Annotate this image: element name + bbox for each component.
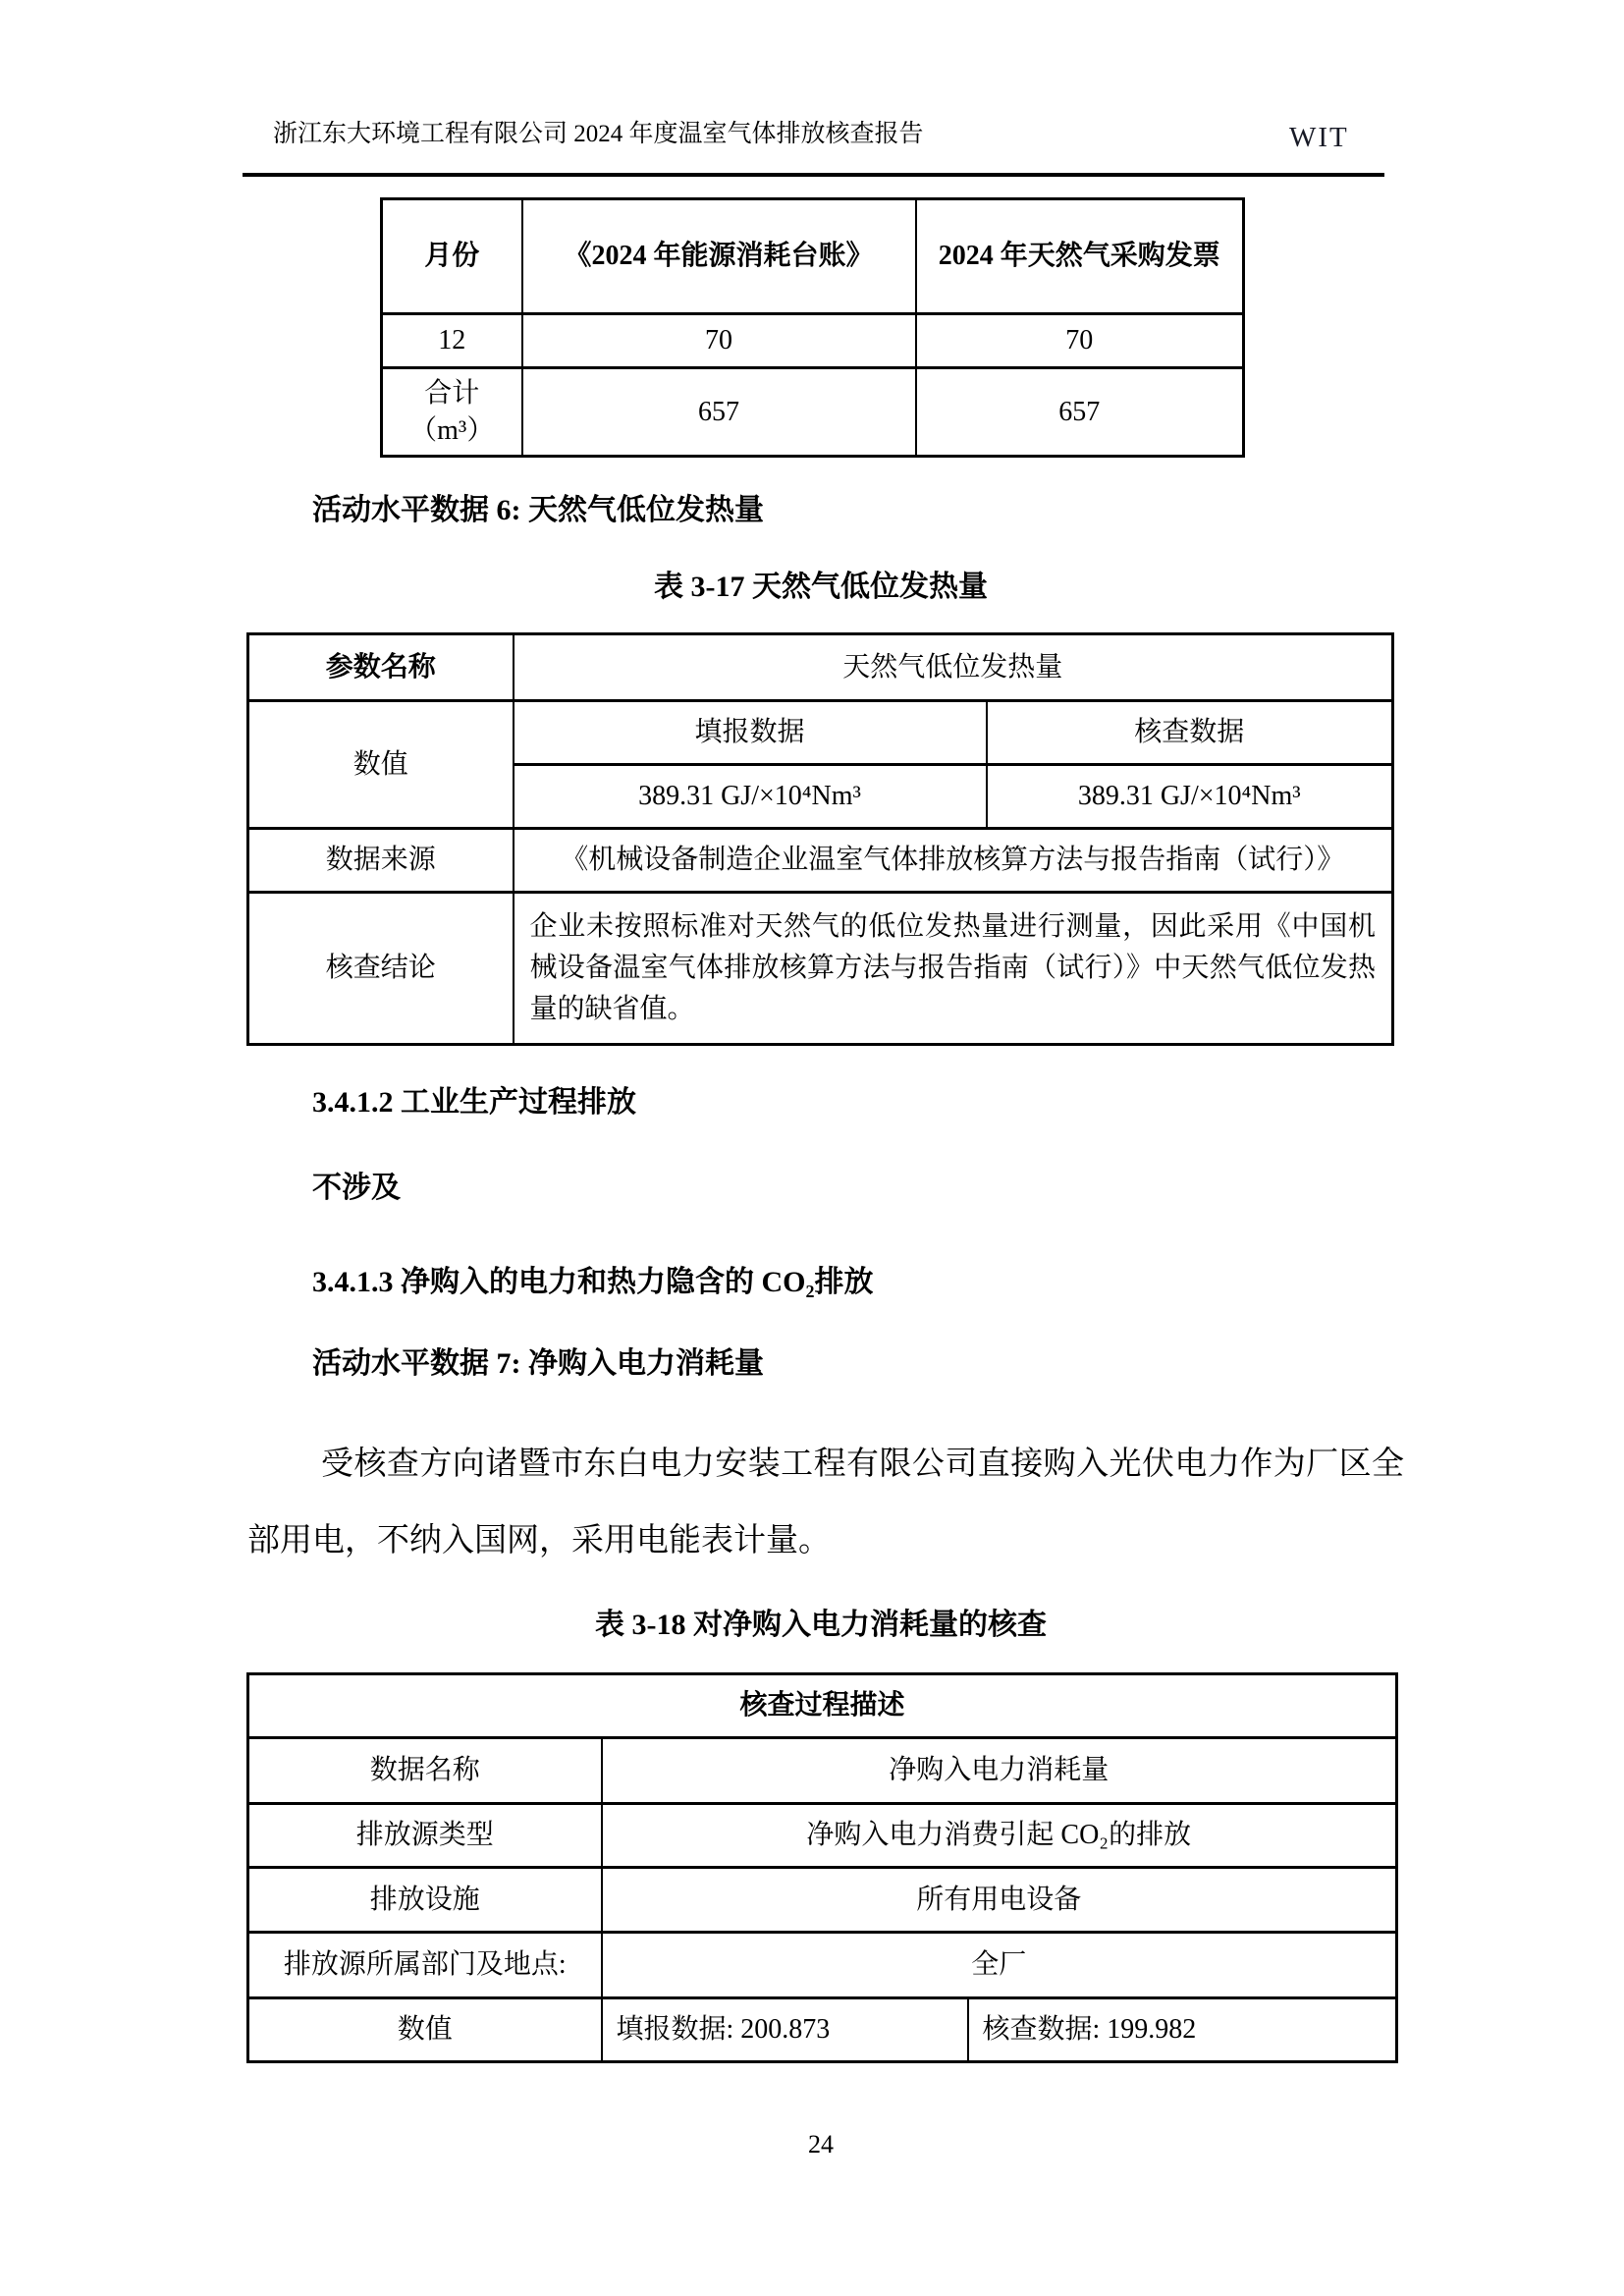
param-name-value: 天然气低位发热量	[514, 634, 1393, 701]
table-3-17-title: 表 3-17 天然气低位发热量	[246, 569, 1395, 606]
data-name-value: 净购入电力消耗量	[602, 1738, 1397, 1804]
reported-data-label: 填报数据	[514, 701, 987, 765]
ncv-row-value-headers: 数值 填报数据 核查数据	[248, 701, 1393, 765]
emission-facility-value: 所有用电设备	[602, 1868, 1397, 1933]
table-3-18-title: 表 3-18 对净购入电力消耗量的核查	[246, 1607, 1395, 1644]
data-source-label: 数据来源	[248, 829, 514, 893]
ncv-row-conclusion: 核查结论 企业未按照标准对天然气的低位发热量进行测量，因此采用《中国机械设备温室…	[248, 893, 1393, 1045]
ncv-row-param: 参数名称 天然气低位发热量	[248, 634, 1393, 701]
header-rule	[243, 173, 1384, 177]
row-emission-facility: 排放设施 所有用电设备	[248, 1868, 1397, 1933]
section-3-4-1-2-heading: 3.4.1.2 工业生产过程排放	[312, 1084, 636, 1121]
row-numeric-values: 数值 填报数据: 200.873 核查数据: 199.982	[248, 1998, 1397, 2062]
col-header-gas-invoice: 2024 年天然气采购发票	[916, 199, 1244, 314]
reported-electricity-value: 填报数据: 200.873	[602, 1998, 968, 2062]
row-department-location: 排放源所属部门及地点: 全厂	[248, 1933, 1397, 1998]
data-name-label: 数据名称	[248, 1738, 602, 1804]
cell-month-12: 12	[382, 314, 522, 368]
cell-invoice-12: 70	[916, 314, 1244, 368]
page-header-title: 浙江东大环境工程有限公司 2024 年度温室气体排放核查报告	[273, 120, 924, 149]
cell-total-label: 合计 （m³）	[382, 368, 522, 457]
activity-data-7-heading: 活动水平数据 7: 净购入电力消耗量	[312, 1345, 764, 1383]
header-logo-text: WIT	[1289, 122, 1349, 153]
numeric-value-label: 数值	[248, 1998, 602, 2062]
electricity-verification-table: 核查过程描述 数据名称 净购入电力消耗量 排放源类型 净购入电力消费引起 CO₂…	[246, 1672, 1398, 2063]
reported-data-value: 389.31 GJ/×10⁴Nm³	[514, 765, 987, 829]
page-number: 24	[246, 2129, 1395, 2160]
col-header-month: 月份	[382, 199, 522, 314]
param-name-label: 参数名称	[248, 634, 514, 701]
document-page: 浙江东大环境工程有限公司 2024 年度温室气体排放核查报告 WIT 月份 《2…	[0, 0, 1624, 2296]
department-location-label: 排放源所属部门及地点:	[248, 1933, 602, 1998]
row-data-name: 数据名称 净购入电力消耗量	[248, 1738, 1397, 1804]
total-label-line2: （m³）	[393, 412, 512, 450]
col-header-energy-ledger: 《2024 年能源消耗台账》	[522, 199, 916, 314]
section-3-4-1-3-heading: 3.4.1.3 净购入的电力和热力隐含的 CO₂排放	[312, 1264, 874, 1301]
cell-total-ledger: 657	[522, 368, 916, 457]
emission-source-type-label: 排放源类型	[248, 1804, 602, 1868]
gas-consumption-table: 月份 《2024 年能源消耗台账》 2024 年天然气采购发票 12 70 70…	[380, 197, 1245, 458]
electricity-purchase-paragraph: 受核查方向诸暨市东白电力安装工程有限公司直接购入光伏电力作为厂区全部用电，不纳入…	[247, 1426, 1404, 1579]
conclusion-label: 核查结论	[248, 893, 514, 1045]
row-emission-source-type: 排放源类型 净购入电力消费引起 CO₂的排放	[248, 1804, 1397, 1868]
total-label-line1: 合计	[393, 375, 512, 412]
gas-table-row-total: 合计 （m³） 657 657	[382, 368, 1244, 457]
gas-table-header-row: 月份 《2024 年能源消耗台账》 2024 年天然气采购发票	[382, 199, 1244, 314]
verified-electricity-value: 核查数据: 199.982	[968, 1998, 1397, 2062]
ncv-table: 参数名称 天然气低位发热量 数值 填报数据 核查数据 389.31 GJ/×10…	[246, 632, 1394, 1046]
not-involved-text: 不涉及	[312, 1170, 401, 1207]
activity-data-6-heading: 活动水平数据 6: 天然气低位发热量	[312, 492, 764, 529]
cell-ledger-12: 70	[522, 314, 916, 368]
ncv-row-source: 数据来源 《机械设备制造企业温室气体排放核算方法与报告指南（试行）》	[248, 829, 1393, 893]
conclusion-value: 企业未按照标准对天然气的低位发热量进行测量，因此采用《中国机械设备温室气体排放核…	[514, 893, 1393, 1045]
value-label: 数值	[248, 701, 514, 829]
verification-process-header: 核查过程描述	[248, 1674, 1397, 1738]
gas-table-row-december: 12 70 70	[382, 314, 1244, 368]
emission-facility-label: 排放设施	[248, 1868, 602, 1933]
verification-header-row: 核查过程描述	[248, 1674, 1397, 1738]
cell-total-invoice: 657	[916, 368, 1244, 457]
verified-data-label: 核查数据	[987, 701, 1393, 765]
verified-data-value: 389.31 GJ/×10⁴Nm³	[987, 765, 1393, 829]
data-source-value: 《机械设备制造企业温室气体排放核算方法与报告指南（试行）》	[514, 829, 1393, 893]
emission-source-type-value: 净购入电力消费引起 CO₂的排放	[602, 1804, 1397, 1868]
department-location-value: 全厂	[602, 1933, 1397, 1998]
